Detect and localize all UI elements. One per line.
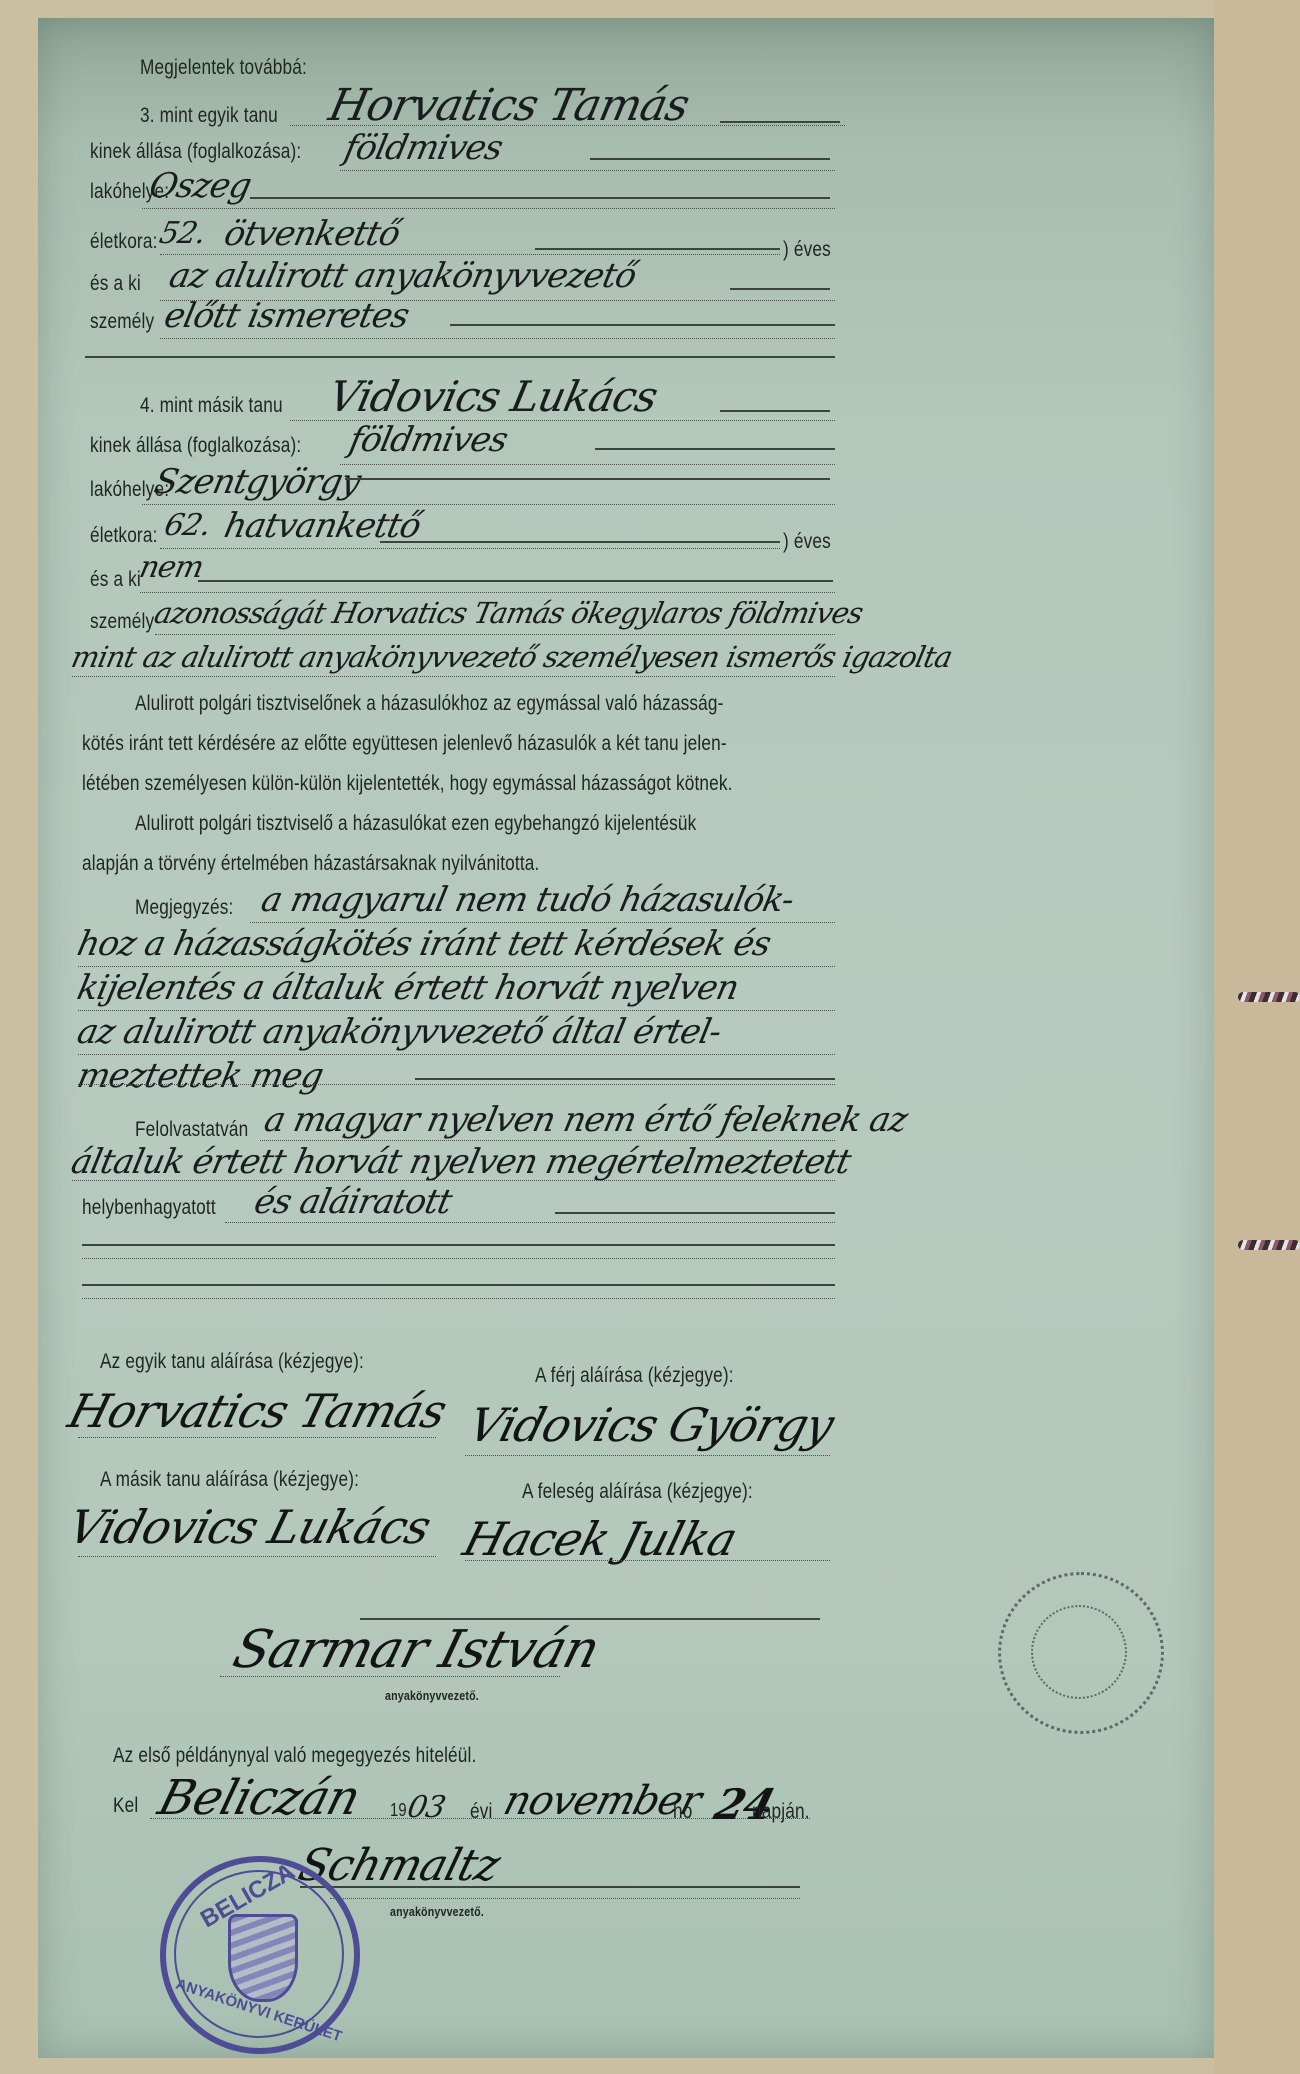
faint-registry-stamp xyxy=(998,1572,1164,1734)
blank-line xyxy=(82,1258,835,1259)
declaration-line: létében személyesen külön-külön kijelent… xyxy=(82,772,733,796)
year-handwritten: 03 xyxy=(404,1790,448,1825)
certification-text: Az első példánynyal való megegyezés hite… xyxy=(113,1744,476,1768)
witness4-known-text: nem xyxy=(136,550,206,585)
field-line xyxy=(78,1054,835,1055)
year-suffix: évi xyxy=(470,1800,493,1824)
wife-signature-label: A feleség aláírása (kézjegye): xyxy=(522,1480,753,1504)
witness2-signature: Vidovics Lukács xyxy=(63,1500,436,1554)
field-line xyxy=(78,1084,835,1085)
witness2-signature-label: A másik tanu aláírása (kézjegye): xyxy=(100,1468,359,1492)
signature-line xyxy=(465,1455,830,1456)
remarks-line: az alulirott anyakönyvvezető által értel… xyxy=(74,1012,725,1052)
approved-label: helybenhagyatott xyxy=(82,1196,216,1220)
witness3-name: Horvatics Tamás xyxy=(325,80,693,131)
field-line xyxy=(160,548,780,549)
witness4-person-text-cont: mint az alulirott anyakönyvvezető személ… xyxy=(68,640,954,674)
field-line xyxy=(140,592,835,593)
belicza-registry-stamp: BELICZA ANYAKÖNYVI KERÜLET xyxy=(160,1856,360,2054)
field-line xyxy=(155,634,835,635)
remarks-line: hoz a házasságkötés iránt tett kérdések … xyxy=(74,924,774,964)
field-line xyxy=(380,541,780,543)
declaration-line: Alulirott polgári tisztviselő a házasuló… xyxy=(135,812,696,836)
witness4-age-label: életkora: xyxy=(90,524,158,548)
witness3-age-suffix: ) éves xyxy=(783,238,831,262)
witness3-known-text: az alulirott anyakönyvvezető xyxy=(166,256,640,296)
blank-line xyxy=(82,1244,835,1246)
field-line xyxy=(225,1222,835,1223)
blank-line xyxy=(82,1284,835,1286)
field-line xyxy=(720,121,840,123)
blank-line xyxy=(82,1298,835,1299)
wife-signature: Hacek Julka xyxy=(458,1512,743,1566)
witness3-occupation: földmives xyxy=(341,128,506,168)
field-line xyxy=(250,922,835,923)
declaration-line: Alulirott polgári tisztviselőnek a házas… xyxy=(135,692,724,716)
field-line xyxy=(78,1010,835,1011)
witness3-label: 3. mint egyik tanu xyxy=(140,104,278,128)
month-suffix: hó xyxy=(673,1800,692,1824)
witness4-label: 4. mint másik tanu xyxy=(140,394,283,418)
field-line xyxy=(340,170,835,171)
certifying-registrar-label: anyakönyvvezető. xyxy=(390,1904,484,1919)
declaration-line: kötés iránt tett kérdésére az előtte egy… xyxy=(82,732,727,756)
witness3-age-number: 52. xyxy=(156,216,208,251)
signature-line xyxy=(330,1898,800,1899)
field-line xyxy=(555,1212,835,1214)
field-line xyxy=(72,1180,835,1181)
witness4-residence: Szentgyörgy xyxy=(151,462,364,502)
witness3-person-text: előtt ismeretes xyxy=(161,296,412,336)
remarks-line: a magyarul nem tudó házasulók- xyxy=(258,880,797,920)
witness1-signature: Horvatics Tamás xyxy=(63,1384,452,1438)
reading-label: Felolvastatván xyxy=(135,1118,248,1142)
field-line xyxy=(720,410,830,412)
witness4-age-suffix: ) éves xyxy=(783,530,831,554)
declaration-line: alapján a törvény értelmében házastársak… xyxy=(82,852,539,876)
reading-line: általuk értett horvát nyelven megértelme… xyxy=(68,1142,854,1182)
hungarian-coat-of-arms-icon xyxy=(228,1914,298,2002)
signature-line xyxy=(78,1437,436,1438)
husband-signature-label: A férj aláírása (kézjegye): xyxy=(535,1364,734,1388)
reading-line: a magyar nyelven nem értő feleknek az xyxy=(261,1100,911,1140)
kel-label: Kel xyxy=(113,1794,138,1818)
remarks-line: meztettek meg xyxy=(74,1056,327,1096)
remarks-label: Megjegyzés: xyxy=(135,896,233,920)
year-printed: 19 xyxy=(390,1800,407,1821)
remarks-line: kijelentés a általuk értett horvát nyelv… xyxy=(74,968,742,1008)
field-line xyxy=(250,197,830,199)
field-line xyxy=(590,158,830,160)
witness3-occupation-label: kinek állása (foglalkozása): xyxy=(90,140,301,164)
witness3-age-words: ötvenkettő xyxy=(221,214,403,254)
witness4-age-number: 62. xyxy=(161,508,213,543)
field-line xyxy=(142,504,835,505)
section-divider xyxy=(85,356,835,358)
witness3-residence: Oszeg xyxy=(146,166,255,206)
witness3-person-label: személy xyxy=(90,310,154,334)
husband-signature: Vidovics György xyxy=(463,1398,839,1452)
field-line xyxy=(142,208,835,209)
field-line xyxy=(345,478,830,480)
field-line xyxy=(450,324,835,326)
field-line xyxy=(72,676,835,677)
field-line xyxy=(198,580,833,582)
field-line xyxy=(535,248,780,250)
signature-line xyxy=(465,1560,830,1561)
field-line xyxy=(78,966,835,967)
witness4-person-text: azonosságát Horvatics Tamás ökegylaros f… xyxy=(151,596,865,630)
field-line xyxy=(415,1078,835,1080)
field-line xyxy=(160,254,780,255)
page-edge-strip xyxy=(1214,0,1300,2074)
day-suffix: napján. xyxy=(752,1800,810,1824)
field-line xyxy=(260,1140,835,1141)
witness4-known-label: és a ki xyxy=(90,568,141,592)
field-line xyxy=(595,448,835,450)
witness4-age-words: hatvankettő xyxy=(221,506,424,546)
witness4-name: Vidovics Lukács xyxy=(325,372,662,421)
approved-text: és aláiratott xyxy=(251,1182,455,1222)
registrar-label: anyakönyvvezető. xyxy=(385,1688,479,1703)
witness4-occupation-label: kinek állása (foglalkozása): xyxy=(90,434,301,458)
witness4-occupation: földmives xyxy=(346,420,511,460)
field-line xyxy=(290,125,845,126)
witness4-person-label: személy xyxy=(90,610,154,634)
binding-thread-icon xyxy=(1238,992,1300,1002)
signature-line xyxy=(220,1676,560,1677)
field-line xyxy=(730,288,830,290)
intro-label: Megjelentek továbbá: xyxy=(140,56,307,80)
binding-thread-icon xyxy=(1238,1240,1300,1250)
witness3-age-label: életkora: xyxy=(90,230,158,254)
field-line xyxy=(340,464,835,465)
witness1-signature-label: Az egyik tanu aláírása (kézjegye): xyxy=(100,1350,364,1374)
witness3-known-label: és a ki xyxy=(90,272,141,296)
registrar-signature: Sarmar István xyxy=(227,1620,605,1680)
signature-line xyxy=(78,1556,436,1557)
field-line xyxy=(160,338,835,339)
